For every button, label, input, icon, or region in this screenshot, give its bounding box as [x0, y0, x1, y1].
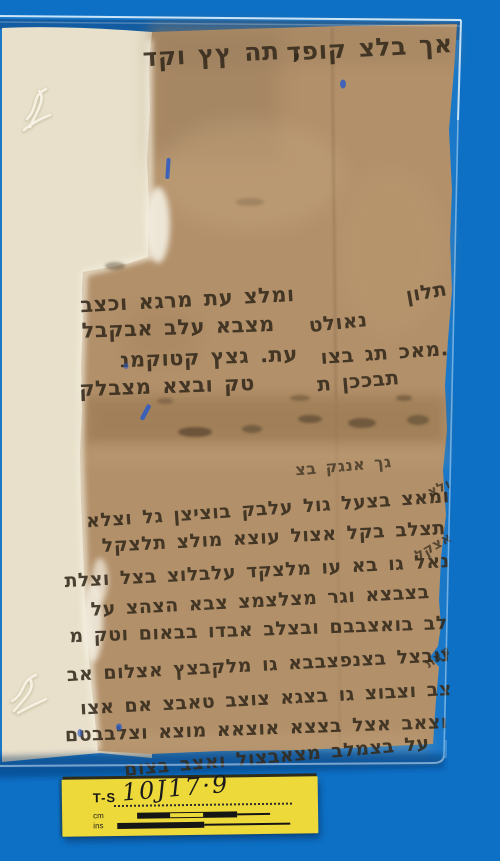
blue-ink-mark [116, 724, 122, 731]
ins-scale-segment [117, 821, 204, 828]
blue-ink-mark [78, 729, 83, 737]
scene-canvas: תה ץץ וקד , אך בלצ קופד ומלצ עת מרגא וכצ… [0, 0, 500, 861]
cm-scale-segment [137, 812, 170, 818]
cm-unit-label: cm [93, 811, 104, 820]
light-patch [155, 120, 345, 230]
cm-scale-segment [170, 811, 203, 817]
blue-ink-mark [124, 363, 129, 369]
ins-unit-label: ins [93, 821, 103, 830]
cm-scale-segment [203, 811, 237, 817]
label-prefix: T-S [93, 790, 116, 805]
blue-ink-mark [340, 80, 346, 89]
cm-scale-extension [237, 812, 270, 814]
cm-scale-bar [137, 810, 270, 819]
fold-band-stain [85, 396, 445, 444]
shelfmark-label: T-S 10J17·9 cm ins [62, 776, 319, 837]
feathered-patch [146, 187, 170, 263]
genizah-fragment-photo: תה ץץ וקד , אך בלצ קופד ומלצ עת מרגא וכצ… [0, 0, 500, 861]
ins-scale-extension [204, 822, 290, 825]
ins-scale-bar [117, 820, 290, 829]
